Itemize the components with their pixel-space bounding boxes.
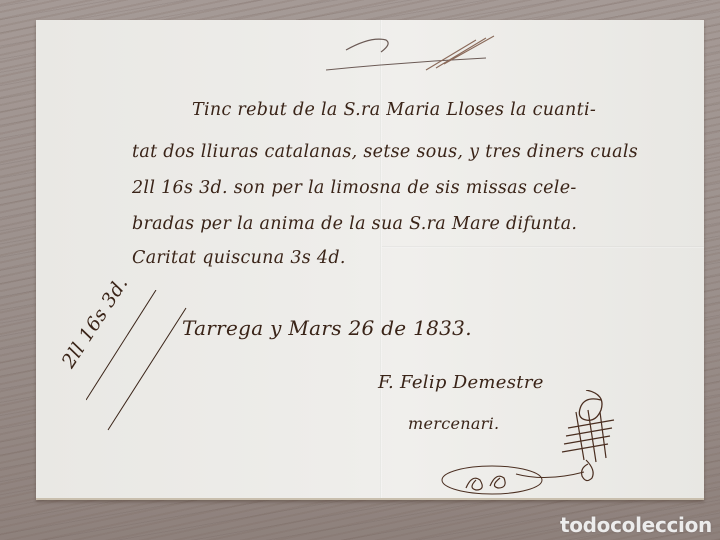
vertical-fold-crease bbox=[380, 20, 382, 498]
body-line-2: tat dos lliuras catalanas, setse sous, y… bbox=[132, 142, 638, 162]
body-line-4: bradas per la anima de la sua S.ra Mare … bbox=[132, 214, 577, 234]
body-line-1: Tinc rebut de la S.ra Maria Lloses la cu… bbox=[192, 100, 596, 120]
place-and-date: Tarrega y Mars 26 de 1833. bbox=[182, 316, 472, 340]
horizontal-fold-crease bbox=[382, 246, 704, 248]
signature-rubric-flourish bbox=[436, 390, 656, 500]
body-line-3: 2ll 16s 3d. son per la limosna de sis mi… bbox=[132, 178, 577, 198]
todocoleccion-watermark: todocoleccion bbox=[560, 513, 712, 537]
top-numeral-flourish bbox=[326, 32, 526, 72]
document-paper: Tinc rebut de la S.ra Maria Lloses la cu… bbox=[36, 20, 704, 500]
body-line-5: Caritat quiscuna 3s 4d. bbox=[132, 248, 346, 268]
